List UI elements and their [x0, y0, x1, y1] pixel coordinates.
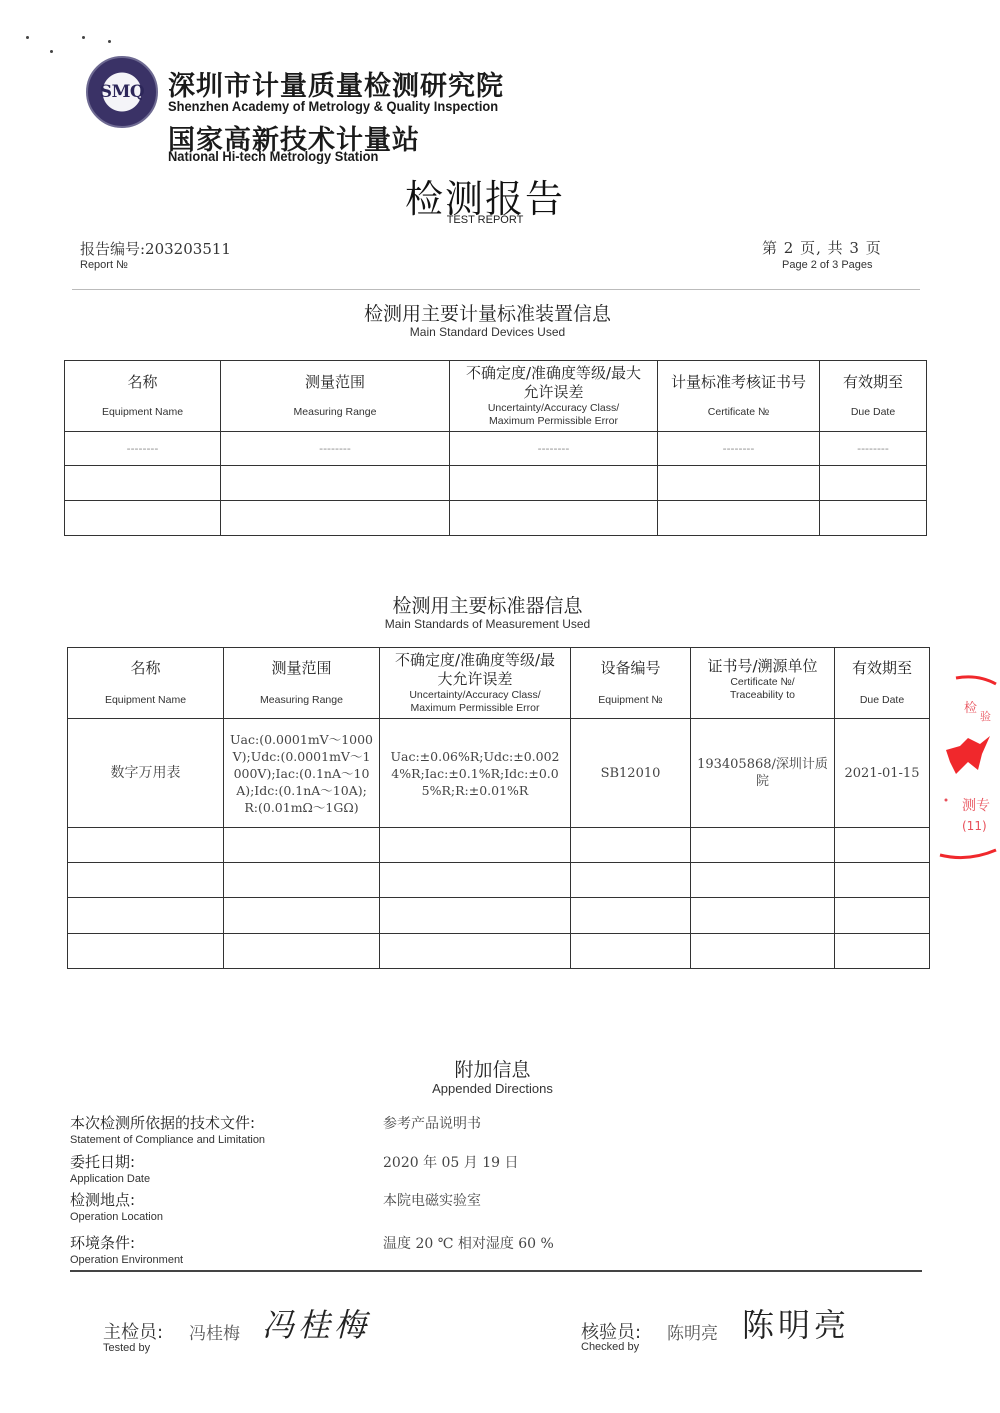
table-cell	[380, 828, 571, 863]
col-header-equipment-no: 设备编号Equipment №	[571, 648, 691, 719]
col-header-due-date: 有效期至Due Date	[835, 648, 930, 719]
header-en: Due Date	[835, 694, 929, 707]
environment-label-cn: 环境条件:	[70, 1232, 135, 1253]
table-cell	[571, 863, 691, 898]
header-en: Measuring Range	[221, 406, 449, 419]
table-cell-equipment-no: SB12010	[571, 719, 691, 828]
table-cell	[68, 863, 224, 898]
table-row	[68, 863, 930, 898]
table-cell-due-date: 2021-01-15	[835, 719, 930, 828]
header-en: Certificate №/ Traceability to	[691, 676, 834, 702]
header-cn: 有效期至	[820, 373, 926, 392]
standards-table: 名称Equipment Name 测量范围Measuring Range 不确定…	[67, 647, 930, 969]
table-cell	[571, 898, 691, 934]
header-en: Uncertainty/Accuracy Class/ Maximum Perm…	[450, 402, 657, 428]
table-cell	[691, 863, 835, 898]
col-header-uncertainty: 不确定度/准确度等级/最大允许误差Uncertainty/Accuracy Cl…	[450, 361, 658, 432]
col-header-certificate: 证书号/溯源单位Certificate №/ Traceability to	[691, 648, 835, 719]
header-en: Certificate №	[658, 406, 819, 419]
header-cn: 有效期至	[835, 659, 929, 678]
compliance-label-en: Statement of Compliance and Limitation	[70, 1134, 265, 1146]
table-row	[68, 898, 930, 934]
devices-section-title-en: Main Standard Devices Used	[0, 325, 975, 339]
table-cell	[224, 934, 380, 969]
page-indicator-en: Page 2 of 3 Pages	[782, 259, 873, 271]
table-row	[65, 501, 927, 536]
tester-label-en: Tested by	[103, 1342, 150, 1354]
table-cell	[221, 501, 450, 536]
application-date-label-cn: 委托日期:	[70, 1151, 135, 1172]
table-cell-uncertainty: Uac:±0.06%R;Udc:±0.0024%R;Iac:±0.1%R;Idc…	[380, 719, 571, 828]
report-number-label-en: Report №	[80, 259, 128, 271]
location-label-en: Operation Location	[70, 1211, 163, 1223]
table-cell: --------	[450, 432, 658, 466]
header-cn: 名称	[65, 373, 220, 392]
page-indicator-cn: 第 2 页, 共 3 页	[762, 237, 882, 258]
table-cell	[380, 863, 571, 898]
header-cn: 计量标准考核证书号	[658, 373, 819, 392]
scan-speck	[82, 36, 85, 39]
checker-signature: 陈明亮	[742, 1300, 850, 1346]
logo-text: SMQ	[100, 82, 144, 102]
application-date-label-en: Application Date	[70, 1173, 150, 1185]
table-cell-measuring-range: Uac:(0.0001mV～1000V);Udc:(0.0001mV～1000V…	[224, 719, 380, 828]
table-cell	[450, 466, 658, 501]
col-header-range: 测量范围Measuring Range	[224, 648, 380, 719]
header-en: Equipment №	[571, 694, 690, 707]
report-number: 报告编号:203203511	[80, 238, 231, 259]
location-value: 本院电磁实验室	[383, 1190, 481, 1210]
header-en: Uncertainty/Accuracy Class/ Maximum Perm…	[380, 689, 570, 715]
header-en: Equipment Name	[65, 406, 220, 419]
tester-signature: 冯桂梅	[262, 1300, 370, 1346]
header-cn: 名称	[68, 659, 223, 678]
compliance-label-cn: 本次检测所依据的技术文件:	[70, 1112, 255, 1133]
header-en: Measuring Range	[224, 694, 379, 707]
table-cell	[65, 466, 221, 501]
scan-speck	[108, 40, 111, 43]
table-cell: --------	[65, 432, 221, 466]
report-title-en: TEST REPORT	[0, 214, 970, 226]
header-en: Due Date	[820, 406, 926, 419]
header-cn: 不确定度/准确度等级/最大允许误差	[450, 364, 657, 402]
scan-speck	[26, 36, 29, 39]
table-cell-equipment-name: 数字万用表	[68, 719, 224, 828]
table-cell	[68, 934, 224, 969]
official-seal-stamp: 检 验 测专 (11)	[938, 670, 998, 865]
table-cell	[224, 828, 380, 863]
checker-name: 陈明亮	[667, 1319, 718, 1344]
table-cell	[224, 863, 380, 898]
application-date-value: 2020 年 05 月 19 日	[383, 1152, 519, 1172]
table-cell	[835, 898, 930, 934]
col-header-uncertainty: 不确定度/准确度等级/最大允许误差Uncertainty/Accuracy Cl…	[380, 648, 571, 719]
tester-label-cn: 主检员:	[103, 1318, 163, 1344]
standards-section-title-en: Main Standards of Measurement Used	[0, 617, 975, 631]
svg-text:测专: 测专	[962, 798, 990, 814]
org-name-en: Shenzhen Academy of Metrology & Quality …	[168, 98, 498, 114]
header-cn: 证书号/溯源单位	[691, 657, 834, 676]
col-header-due-date: 有效期至Due Date	[820, 361, 927, 432]
header-cn: 不确定度/准确度等级/最大允许误差	[380, 651, 570, 689]
table-header-row: 名称Equipment Name 测量范围Measuring Range 不确定…	[65, 361, 927, 432]
appended-title-cn: 附加信息	[0, 1055, 985, 1082]
table-cell	[835, 934, 930, 969]
location-label-cn: 检测地点:	[70, 1189, 135, 1210]
svg-text:检: 检	[964, 700, 977, 716]
table-cell	[820, 501, 927, 536]
table-cell	[691, 828, 835, 863]
smq-logo: SMQ	[86, 56, 158, 128]
environment-label-en: Operation Environment	[70, 1254, 183, 1266]
table-cell	[835, 863, 930, 898]
table-row	[68, 934, 930, 969]
table-cell	[571, 934, 691, 969]
header-cn: 设备编号	[571, 659, 690, 678]
devices-table: 名称Equipment Name 测量范围Measuring Range 不确定…	[64, 360, 927, 536]
table-cell: --------	[820, 432, 927, 466]
table-header-row: 名称Equipment Name 测量范围Measuring Range 不确定…	[68, 648, 930, 719]
table-cell	[820, 466, 927, 501]
table-cell	[691, 898, 835, 934]
compliance-value: 参考产品说明书	[383, 1113, 481, 1133]
table-cell	[835, 828, 930, 863]
table-row: 数字万用表 Uac:(0.0001mV～1000V);Udc:(0.0001mV…	[68, 719, 930, 828]
table-cell	[571, 828, 691, 863]
header-en: Equipment Name	[68, 694, 223, 707]
devices-section-title-cn: 检测用主要计量标准装置信息	[0, 299, 975, 326]
checker-label-en: Checked by	[581, 1341, 639, 1353]
col-header-certificate: 计量标准考核证书号Certificate №	[658, 361, 820, 432]
table-cell	[68, 898, 224, 934]
table-cell	[380, 934, 571, 969]
tester-name: 冯桂梅	[189, 1319, 240, 1344]
appended-title-en: Appended Directions	[0, 1081, 985, 1096]
table-row: -------- -------- -------- -------- ----…	[65, 432, 927, 466]
table-cell	[380, 898, 571, 934]
station-name-en: National Hi-tech Metrology Station	[168, 148, 378, 164]
table-cell	[691, 934, 835, 969]
col-header-name: 名称Equipment Name	[65, 361, 221, 432]
table-cell	[65, 501, 221, 536]
table-cell	[68, 828, 224, 863]
col-header-range: 测量范围Measuring Range	[221, 361, 450, 432]
table-cell	[658, 501, 820, 536]
scan-speck	[50, 50, 53, 53]
header-cn: 测量范围	[221, 373, 449, 392]
header-cn: 测量范围	[224, 659, 379, 678]
table-row	[65, 466, 927, 501]
col-header-name: 名称Equipment Name	[68, 648, 224, 719]
table-cell-certificate: 193405868/深圳计质院	[691, 719, 835, 828]
table-cell: --------	[658, 432, 820, 466]
table-row	[68, 828, 930, 863]
table-cell	[224, 898, 380, 934]
table-cell: --------	[221, 432, 450, 466]
svg-text:验: 验	[980, 709, 991, 723]
environment-value: 温度 20 ℃ 相对湿度 60 %	[383, 1233, 554, 1253]
table-cell	[450, 501, 658, 536]
table-cell	[221, 466, 450, 501]
table-cell	[658, 466, 820, 501]
svg-text:(11): (11)	[962, 819, 987, 833]
footer-divider	[70, 1270, 922, 1272]
header-divider	[72, 289, 920, 290]
standards-section-title-cn: 检测用主要标准器信息	[0, 591, 975, 618]
